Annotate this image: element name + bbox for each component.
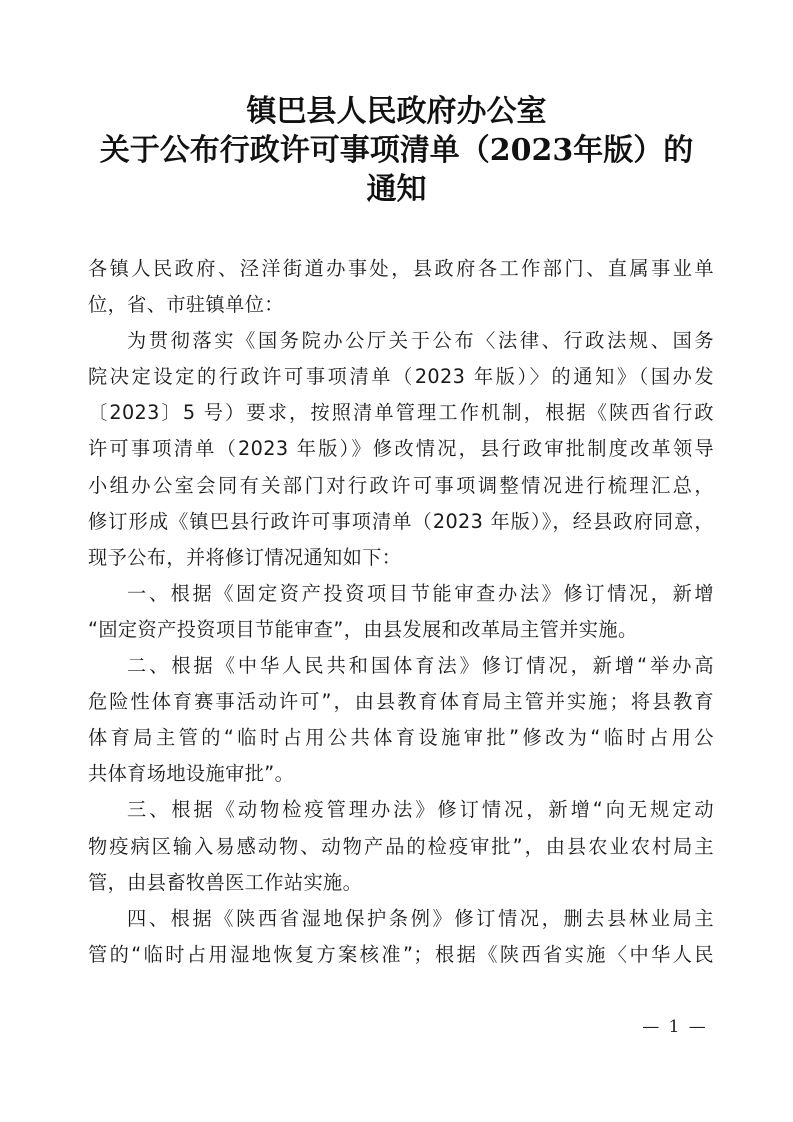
paragraph-line: 〔2023〕5 号）要求，按照清单管理工作机制，根据《陕西省行政 [88,395,714,431]
item-two-line: 体育局主管的“临时占用公共体育设施审批”修改为“临时占用公 [88,720,714,756]
item-one-line: “固定资产投资项目节能审查”，由县发展和改革局主管并实施。 [88,612,714,648]
item-two-line: 共体育场地设施审批”。 [88,756,714,792]
addressee-line: 位，省、市驻镇单位： [88,287,714,323]
paragraph-line: 许可事项清单（2023 年版）》修改情况，县行政审批制度改革领导 [88,431,714,467]
item-two-line: 二、根据《中华人民共和国体育法》修订情况，新增“举办高 [88,648,714,684]
title-line-issuer: 镇巴县人民政府办公室 [0,92,793,131]
item-four-line: 管的“临时占用湿地恢复方案核准”；根据《陕西省实施〈中华人民 [88,937,714,973]
item-three-line: 物疫病区输入易感动物、动物产品的检疫审批”，由县农业农村局主 [88,829,714,865]
page-number: — 1 — [620,1017,730,1037]
title-line-notice: 通知 [0,170,793,209]
item-three-line: 三、根据《动物检疫管理办法》修订情况，新增“向无规定动 [88,792,714,828]
item-two-line: 危险性体育赛事活动许可”，由县教育体育局主管并实施；将县教育 [88,684,714,720]
item-one-line: 一、根据《固定资产投资项目节能审查办法》修订情况，新增 [88,576,714,612]
paragraph-line: 小组办公室会同有关部门对行政许可事项调整情况进行梳理汇总， [88,468,714,504]
paragraph-line: 为贯彻落实《国务院办公厅关于公布〈法律、行政法规、国务 [88,323,714,359]
paragraph-line: 修订形成《镇巴县行政许可事项清单（2023 年版）》，经县政府同意， [88,504,714,540]
item-four-line: 四、根据《陕西省湿地保护条例》修订情况，删去县林业局主 [88,901,714,937]
paragraph-line: 院决定设定的行政许可事项清单（2023 年版）〉的通知》（国办发 [88,359,714,395]
document-body: 各镇人民政府、泾洋街道办事处，县政府各工作部门、直属事业单 位，省、市驻镇单位：… [88,251,714,973]
document-title: 镇巴县人民政府办公室 关于公布行政许可事项清单（2023年版）的 通知 [0,92,793,209]
paragraph-line: 现予公布，并将修订情况通知如下： [88,540,714,576]
document-page: 镇巴县人民政府办公室 关于公布行政许可事项清单（2023年版）的 通知 各镇人民… [0,0,793,1122]
item-three-line: 管，由县畜牧兽医工作站实施。 [88,865,714,901]
addressee-line: 各镇人民政府、泾洋街道办事处，县政府各工作部门、直属事业单 [88,251,714,287]
title-line-subject: 关于公布行政许可事项清单（2023年版）的 [0,131,793,170]
